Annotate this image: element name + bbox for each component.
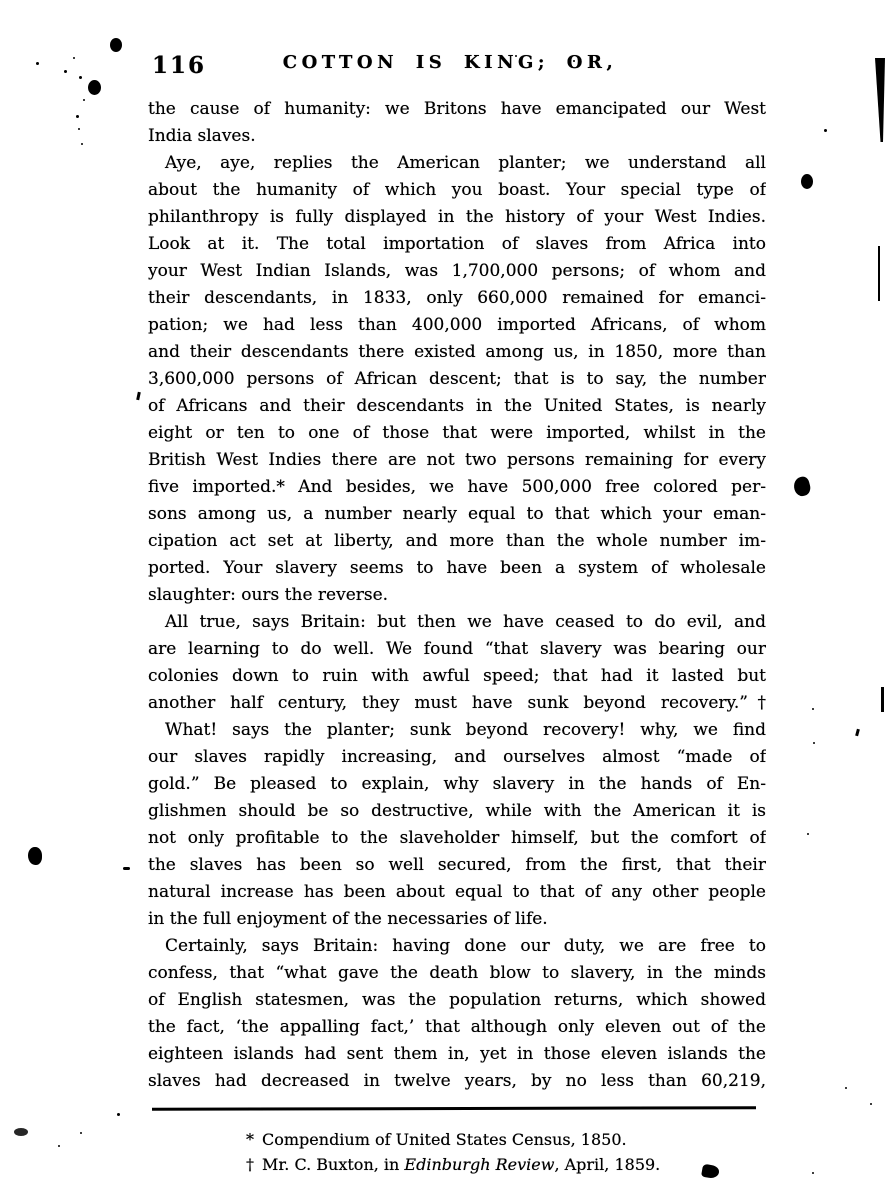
text-line: are learning to do well. We found “that … [148, 636, 766, 663]
ink-speck [813, 742, 815, 744]
ink-speck [76, 115, 79, 118]
text-line: British West Indies there are not two pe… [148, 447, 766, 474]
ink-blob [110, 38, 122, 52]
text-line: eighteen islands had sent them in, yet i… [148, 1041, 766, 1068]
text-line: Certainly, says Britain: having done our… [148, 933, 766, 960]
text-line: your West Indian Islands, was 1,700,000 … [148, 258, 766, 285]
ink-blob [801, 174, 813, 189]
text-line: 3,600,000 persons of African descent; th… [148, 366, 766, 393]
text-line: gold.” Be pleased to explain, why slaver… [148, 771, 766, 798]
footnotes: *Compendium of United States Census, 185… [246, 1127, 766, 1177]
ink-blob [28, 847, 42, 865]
footnote: *Compendium of United States Census, 185… [246, 1127, 766, 1152]
text-line: India slaves. [148, 123, 766, 150]
text-line: pation; we had less than 400,000 importe… [148, 312, 766, 339]
ink-speck [64, 70, 67, 73]
footnote-text: , April, 1859. [554, 1155, 660, 1174]
text-line: colonies down to ruin with awful speed; … [148, 663, 766, 690]
ink-speck [812, 708, 814, 710]
ink-speck [73, 57, 75, 59]
text-line: glishmen should be so destructive, while… [148, 798, 766, 825]
ink-speck [845, 1087, 847, 1089]
text-line: another half century, they must have sun… [148, 690, 766, 717]
text-line: five imported.* And besides, we have 500… [148, 474, 766, 501]
running-header: COTTON IS KING; OR, [150, 52, 750, 73]
ink-speck [58, 1145, 60, 1147]
text-line: Look at it. The total importation of sla… [148, 231, 766, 258]
text-line: sons among us, a number nearly equal to … [148, 501, 766, 528]
text-line: slaves had decreased in twelve years, by… [148, 1068, 766, 1095]
ink-tick [855, 729, 860, 737]
text-line: of English statesmen, was the population… [148, 987, 766, 1014]
text-line: confess, that “what gave the death blow … [148, 960, 766, 987]
footnote-source-italic: Edinburgh Review [404, 1155, 554, 1174]
ink-speck [36, 62, 39, 65]
text-line: slaughter: ours the reverse. [148, 582, 766, 609]
ink-speck [79, 76, 82, 79]
ink-speck [78, 128, 80, 130]
text-line: Aye, aye, replies the American planter; … [148, 150, 766, 177]
ink-blob [88, 80, 101, 95]
ink-speck [83, 99, 85, 101]
text-line: the cause of humanity: we Britons have e… [148, 96, 766, 123]
text-line: and their descendants there existed amon… [148, 339, 766, 366]
text-line: the slaves has been so well secured, fro… [148, 852, 766, 879]
ink-dash [123, 867, 130, 870]
footnote-text: Mr. C. Buxton, in [262, 1155, 404, 1174]
ink-speck [807, 833, 809, 835]
body-text: the cause of humanity: we Britons have e… [148, 96, 766, 1095]
ink-tick [136, 392, 141, 400]
text-line: their descendants, in 1833, only 660,000… [148, 285, 766, 312]
text-line: natural increase has been about equal to… [148, 879, 766, 906]
footnote: †Mr. C. Buxton, in Edinburgh Review, Apr… [246, 1152, 766, 1177]
ink-speck [80, 1132, 82, 1134]
scan-edge-mark [878, 246, 880, 301]
text-line: cipation act set at liberty, and more th… [148, 528, 766, 555]
ink-speck [573, 60, 575, 62]
ink-speck [515, 55, 517, 57]
ink-speck [870, 1103, 872, 1105]
text-line: of Africans and their descendants in the… [148, 393, 766, 420]
text-line: about the humanity of which you boast. Y… [148, 177, 766, 204]
footnote-marker: * [246, 1127, 262, 1152]
book-page: 116 COTTON IS KING; OR, the cause of hum… [0, 0, 885, 1200]
ink-speck [117, 1113, 120, 1116]
ink-speck [812, 1172, 814, 1174]
ink-blob [792, 475, 812, 497]
text-line: philanthropy is fully displayed in the h… [148, 204, 766, 231]
text-line: our slaves rapidly increasing, and ourse… [148, 744, 766, 771]
ink-speck [81, 143, 83, 145]
text-line: What! says the planter; sunk beyond reco… [148, 717, 766, 744]
footnote-text: Compendium of United States Census, 1850… [262, 1130, 627, 1149]
footnote-rule [152, 1106, 756, 1111]
text-line: the fact, ‘the appalling fact,’ that alt… [148, 1014, 766, 1041]
text-line: All true, says Britain: but then we have… [148, 609, 766, 636]
text-line: ported. Your slavery seems to have been … [148, 555, 766, 582]
scan-edge-mark [875, 58, 885, 142]
text-line: not only profitable to the slaveholder h… [148, 825, 766, 852]
ink-smudge [14, 1128, 28, 1136]
text-line: in the full enjoyment of the necessaries… [148, 906, 766, 933]
footnote-marker: † [246, 1152, 262, 1177]
text-line: eight or ten to one of those that were i… [148, 420, 766, 447]
ink-speck [824, 129, 827, 132]
scan-edge-mark [881, 687, 884, 712]
